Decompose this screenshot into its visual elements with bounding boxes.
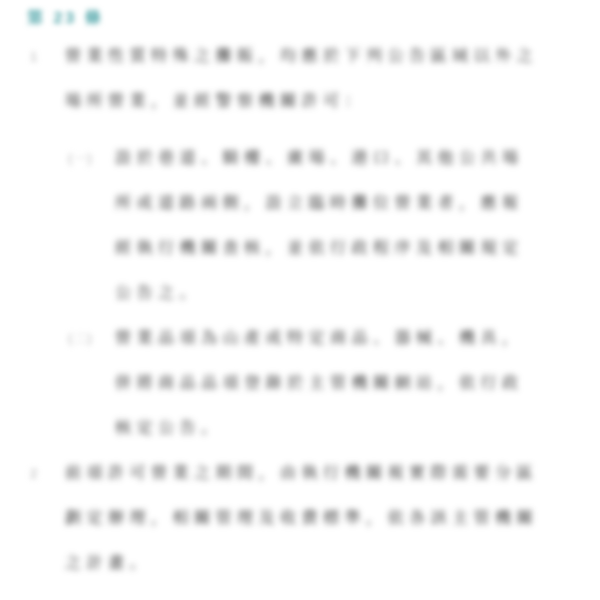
text-line: 經執行機關查核，並依行政程序及相關規定	[115, 226, 600, 271]
text-line: 核定公告。	[115, 406, 600, 451]
article-number-label: 第 23 條	[27, 5, 104, 28]
paragraph-block-1: 1 營業性質特殊之攤販，均應於下列公告區域以外之 場所營業，並經警察機關許可：	[65, 34, 565, 124]
sub-item-block-2: (二) 營業品項為山產或特定商品、器械、機具， 併將商品品項登錄於主管機關網站，…	[115, 316, 600, 451]
sub-item-marker: (一)	[68, 136, 93, 181]
text-line: 公告之。	[115, 271, 600, 316]
paragraph-number-marker: 2	[30, 451, 37, 496]
document-page: 第 23 條 1 營業性質特殊之攤販，均應於下列公告區域以外之 場所營業，並經警…	[0, 0, 600, 600]
sub-item-block-1: (一) 設於巷道、騎樓、廣場、港口、其他公共場 所或道路兩側，設立臨時攤位營業者…	[115, 136, 600, 316]
text-line: 所或道路兩側，設立臨時攤位營業者，應報	[115, 181, 600, 226]
text-line: 設於巷道、騎樓、廣場、港口、其他公共場	[115, 136, 600, 181]
text-line: 劃定辦理，相關管理及收費標準，依各該主管機關	[65, 496, 565, 541]
sub-item-marker: (二)	[68, 316, 93, 361]
text-line: 前項許可營業之期間，由執行機關視實際需要分區	[65, 451, 565, 496]
paragraph-block-2: 2 前項許可營業之期間，由執行機關視實際需要分區 劃定辦理，相關管理及收費標準，…	[65, 451, 565, 586]
text-line: 營業性質特殊之攤販，均應於下列公告區域以外之	[65, 34, 565, 79]
text-line: 營業品項為山產或特定商品、器械、機具，	[115, 316, 600, 361]
text-line: 之計畫。	[65, 541, 565, 586]
paragraph-number-marker: 1	[30, 34, 37, 79]
text-line: 併將商品品項登錄於主管機關網站，依行政	[115, 361, 600, 406]
text-line: 場所營業，並經警察機關許可：	[65, 79, 565, 124]
